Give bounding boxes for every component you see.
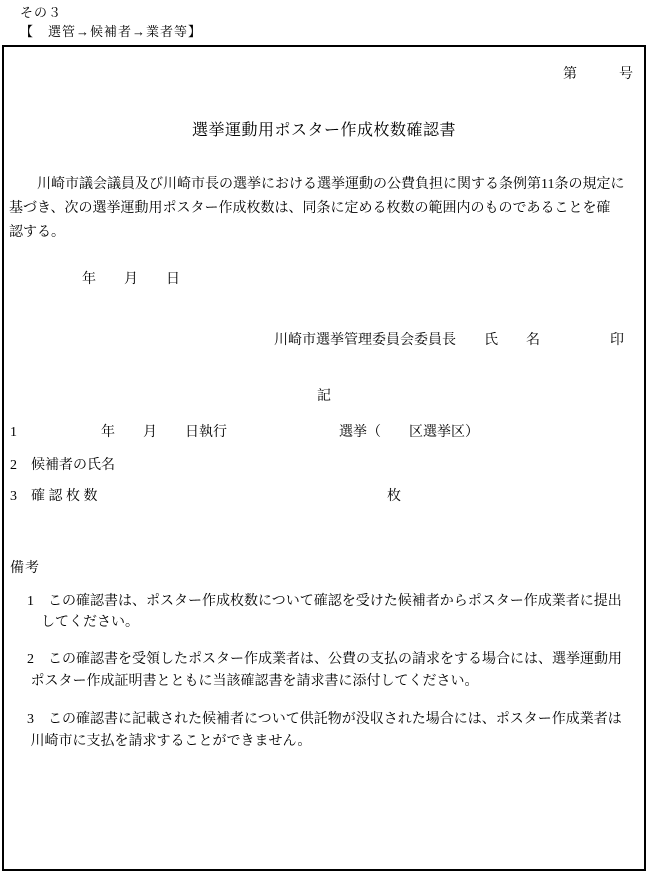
sheets-unit-label: 枚 bbox=[387, 485, 401, 505]
remarks-heading: 備考 bbox=[10, 557, 40, 577]
item-election-line: 1 年 月 日執行 選挙（ 区選挙区） bbox=[10, 421, 479, 441]
item-candidate-name-line: 2 候補者の氏名 bbox=[10, 454, 115, 474]
remark-1: 1 この確認書は、ポスター作成枚数について確認を受けた候補者からポスター作成業者… bbox=[27, 591, 642, 633]
routing-flow-label: 【 選管→候補者→業者等】 bbox=[20, 21, 202, 40]
sheet-number-label: その３ bbox=[20, 2, 62, 21]
signer-name-seal-line: 川崎市選挙管理委員会委員長 氏 名 印 bbox=[274, 329, 624, 349]
ki-section-heading: 記 bbox=[4, 385, 644, 405]
document-title: 選挙運動用ポスター作成枚数確認書 bbox=[4, 117, 644, 140]
remark-3: 3 この確認書に記載された候補者について供託物が没収された場合には、ポスター作成… bbox=[27, 709, 642, 753]
body-paragraph: 川崎市議会議員及び川崎市長の選挙における選挙運動の公費負担に関する条例第11条の… bbox=[9, 173, 643, 245]
item-confirmed-count-line: 3 確 認 枚 数 bbox=[10, 485, 98, 505]
document-border-box: 第 号 選挙運動用ポスター作成枚数確認書 川崎市議会議員及び川崎市長の選挙におけ… bbox=[2, 45, 646, 871]
document-number-line: 第 号 bbox=[563, 63, 633, 83]
issue-date-line: 年 月 日 bbox=[82, 268, 180, 288]
form-page: その３ 【 選管→候補者→業者等】 第 号 選挙運動用ポスター作成枚数確認書 川… bbox=[0, 0, 648, 877]
remark-2: 2 この確認書を受領したポスター作成業者は、公費の支払の請求をする場合には、選挙… bbox=[27, 649, 642, 693]
